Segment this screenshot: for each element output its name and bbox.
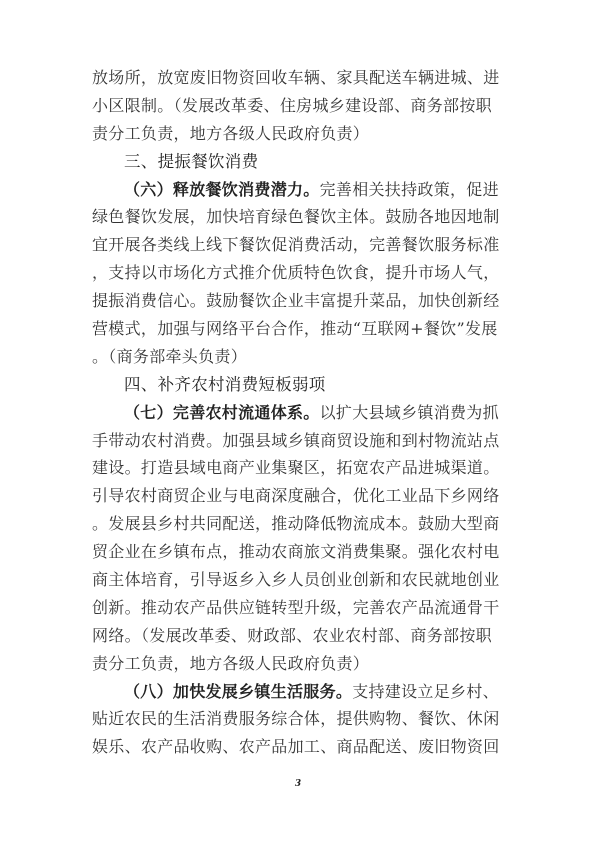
- paragraph-line: 网络。（发展改革委、财政部、农业农村部、商务部按职: [92, 622, 492, 650]
- subsection-line: （六）释放餐饮消费潜力。完善相关扶持政策，促进: [92, 176, 492, 204]
- paragraph-text: 支持建设立足乡村、: [352, 682, 499, 701]
- paragraph-line: 责分工负责，地方各级人民政府负责）: [92, 650, 492, 678]
- subsection-title-7: （七）完善农村流通体系。: [124, 403, 320, 422]
- paragraph-line: 。（商务部牵头负责）: [92, 343, 492, 371]
- paragraph-line: 宜开展各类线上线下餐饮促消费活动，完善餐饮服务标准: [92, 231, 492, 259]
- subsection-line: （七）完善农村流通体系。以扩大县域乡镇消费为抓: [92, 399, 492, 427]
- paragraph-line: 娱乐、农产品收购、农产品加工、商品配送、废旧物资回: [92, 733, 492, 761]
- paragraph-line: 放场所，放宽废旧物资回收车辆、家具配送车辆进城、进: [92, 64, 492, 92]
- subsection-title-6: （六）释放餐饮消费潜力。: [124, 180, 320, 199]
- paragraph-line: 贴近农民的生活消费服务综合体，提供购物、餐饮、休闲: [92, 705, 492, 733]
- paragraph-line: 贸企业在乡镇布点，推动农商旅文消费集聚。强化农村电: [92, 538, 492, 566]
- paragraph-text: 完善相关扶持政策，促进: [320, 180, 499, 199]
- subsection-title-8: （八）加快发展乡镇生活服务。: [124, 682, 352, 701]
- paragraph-line: 手带动农村消费。加强县域乡镇商贸设施和到村物流站点: [92, 427, 492, 455]
- paragraph-line: 。发展县乡村共同配送，推动降低物流成本。鼓励大型商: [92, 510, 492, 538]
- paragraph-line: 引导农村商贸企业与电商深度融合，优化工业品下乡网络: [92, 482, 492, 510]
- paragraph-line: 小区限制。（发展改革委、住房城乡建设部、商务部按职: [92, 92, 492, 120]
- paragraph-line: 营模式，加强与网络平台合作，推动“互联网+餐饮”发展: [92, 315, 492, 343]
- page-number: 3: [292, 779, 304, 789]
- paragraph-line: 提振消费信心。鼓励餐饮企业丰富提升菜品，加快创新经: [92, 287, 492, 315]
- paragraph-line: 建设。打造县域电商产业集聚区，拓宽农产品进城渠道。: [92, 454, 492, 482]
- paragraph-line: ，支持以市场化方式推介优质特色饮食，提升市场人气，: [92, 259, 492, 287]
- subsection-line: （八）加快发展乡镇生活服务。支持建设立足乡村、: [92, 678, 492, 706]
- paragraph-line: 创新。推动农产品供应链转型升级，完善农产品流通骨干: [92, 594, 492, 622]
- section-heading-4: 四、补齐农村消费短板弱项: [92, 371, 492, 399]
- paragraph-line: 商主体培育，引导返乡入乡人员创业创新和农民就地创业: [92, 566, 492, 594]
- paragraph-text: 以扩大县域乡镇消费为抓: [320, 403, 499, 422]
- paragraph-line: 绿色餐饮发展，加快培育绿色餐饮主体。鼓励各地因地制: [92, 203, 492, 231]
- paragraph-line: 责分工负责，地方各级人民政府负责）: [92, 120, 492, 148]
- body-text: 放场所，放宽废旧物资回收车辆、家具配送车辆进城、进 小区限制。（发展改革委、住房…: [92, 64, 492, 761]
- section-heading-3: 三、提振餐饮消费: [92, 148, 492, 176]
- document-page: 放场所，放宽废旧物资回收车辆、家具配送车辆进城、进 小区限制。（发展改革委、住房…: [0, 0, 596, 842]
